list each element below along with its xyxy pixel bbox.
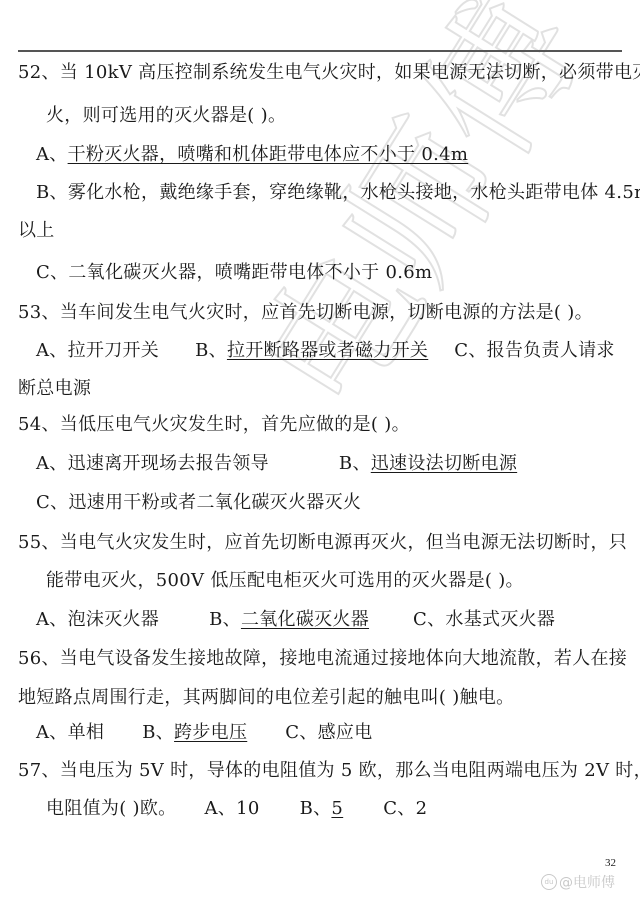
option-text: 2 — [416, 798, 428, 819]
option-text-answer: 拉开断路器或者磁力开关 — [227, 340, 428, 361]
option-text: 单相 — [68, 722, 105, 743]
question-54-option-c: C、迅速用干粉或者二氧化碳灭火器灭火 — [36, 492, 361, 514]
option-prefix: B、 — [195, 340, 227, 361]
source-mark-text: @电师傅 — [559, 872, 615, 892]
option-text-answer: 跨步电压 — [174, 722, 247, 743]
question-56-options-row: A、单相B、跨步电压C、感应电 — [36, 722, 373, 744]
page-number: 32 — [605, 857, 616, 869]
question-56-stem-line-1: 56、当电气设备发生接地故障，接地电流通过接地体向大地流散，若人在接 — [18, 648, 627, 670]
question-52-option-c: C、二氧化碳灭火器，喷嘴距带电体不小于 0.6m — [36, 262, 432, 284]
question-52-stem-line-1: 52、当 10kV 高压控制系统发生电气火灾时，如果电源无法切断，必须带电灭 — [18, 62, 640, 84]
option-prefix: C、 — [454, 340, 486, 361]
header-rule — [18, 50, 622, 52]
option-text: 迅速用干粉或者二氧化碳灭火器灭火 — [68, 492, 361, 513]
option-prefix: B、 — [300, 798, 332, 819]
option-text: 雾化水枪，戴绝缘手套，穿绝缘靴，水枪头接地，水枪头距带电体 4.5m — [68, 182, 640, 203]
question-55-options-row: A、泡沫灭火器B、二氧化碳灭火器C、水基式灭火器 — [36, 609, 555, 631]
option-text: 拉开刀开关 — [68, 340, 160, 361]
option-prefix: C、 — [383, 798, 415, 819]
option-text-answer: 迅速设法切断电源 — [371, 453, 517, 474]
option-text-answer: 二氧化碳灭火器 — [241, 609, 369, 630]
question-52-stem-line-2: 火，则可选用的灭火器是( )。 — [46, 105, 286, 127]
option-prefix: C、 — [285, 722, 317, 743]
option-prefix: A、 — [36, 722, 68, 743]
question-55-stem-line-2: 能带电灭火，500V 低压配电柜灭火可选用的灭火器是( )。 — [46, 570, 524, 592]
option-prefix: C、 — [36, 492, 68, 513]
question-55-stem-line-1: 55、当电气火灾发生时，应首先切断电源再灭火，但当电源无法切断时，只 — [18, 532, 627, 554]
source-watermark: du @电师傅 — [541, 872, 615, 892]
question-54-options-row-1: A、迅速离开现场去报告领导B、迅速设法切断电源 — [36, 453, 517, 475]
question-57-stem-line-1: 57、当电压为 5V 时，导体的电阻值为 5 欧，那么当电阻两端电压为 2V 时… — [18, 760, 640, 782]
question-53-stem-line-1: 53、当车间发生电气火灾时，应首先切断电源，切断电源的方法是( )。 — [18, 302, 593, 324]
option-text: 报告负责人请求 — [487, 340, 615, 361]
question-53-options-row: A、拉开刀开关B、拉开断路器或者磁力开关C、报告负责人请求 — [36, 340, 615, 362]
question-52-option-b: B、雾化水枪，戴绝缘手套，穿绝缘靴，水枪头接地，水枪头距带电体 4.5m — [36, 182, 640, 204]
option-text-answer: 干粉灭火器，喷嘴和机体距带电体应不小于 0.4m — [68, 144, 469, 165]
option-prefix: A、 — [36, 144, 68, 165]
option-prefix: B、 — [209, 609, 241, 630]
option-prefix: C、 — [36, 262, 68, 283]
question-56-stem-line-2: 地短路点周围行走，其两脚间的电位差引起的触电叫( )触电。 — [18, 687, 514, 709]
baidu-paw-icon: du — [541, 874, 557, 890]
option-text: 二氧化碳灭火器，喷嘴距带电体不小于 0.6m — [68, 262, 432, 283]
option-text: 感应电 — [318, 722, 373, 743]
option-prefix: A、 — [36, 609, 68, 630]
question-52-option-a: A、干粉灭火器，喷嘴和机体距带电体应不小于 0.4m — [36, 144, 468, 166]
option-prefix: B、 — [142, 722, 174, 743]
option-text: 泡沫灭火器 — [68, 609, 160, 630]
question-52-option-b-continuation: 以上 — [18, 220, 55, 242]
option-text-answer: 5 — [331, 798, 343, 819]
option-prefix: B、 — [36, 182, 68, 203]
question-54-stem-line-1: 54、当低压电气火灾发生时，首先应做的是( )。 — [18, 414, 410, 436]
option-prefix: A、 — [204, 798, 236, 819]
question-53-option-c-continuation: 断总电源 — [18, 378, 91, 400]
option-text: 迅速离开现场去报告领导 — [68, 453, 269, 474]
option-prefix: C、 — [413, 609, 445, 630]
question-57-stem-line-2-with-options: 电阻值为( )欧。A、10B、5C、2 — [46, 798, 427, 820]
option-prefix: A、 — [36, 340, 68, 361]
question-57-stem-line-2: 电阻值为( )欧。 — [46, 798, 176, 819]
option-prefix: B、 — [339, 453, 371, 474]
option-text: 水基式灭火器 — [445, 609, 555, 630]
option-text: 10 — [236, 798, 260, 819]
option-prefix: A、 — [36, 453, 68, 474]
